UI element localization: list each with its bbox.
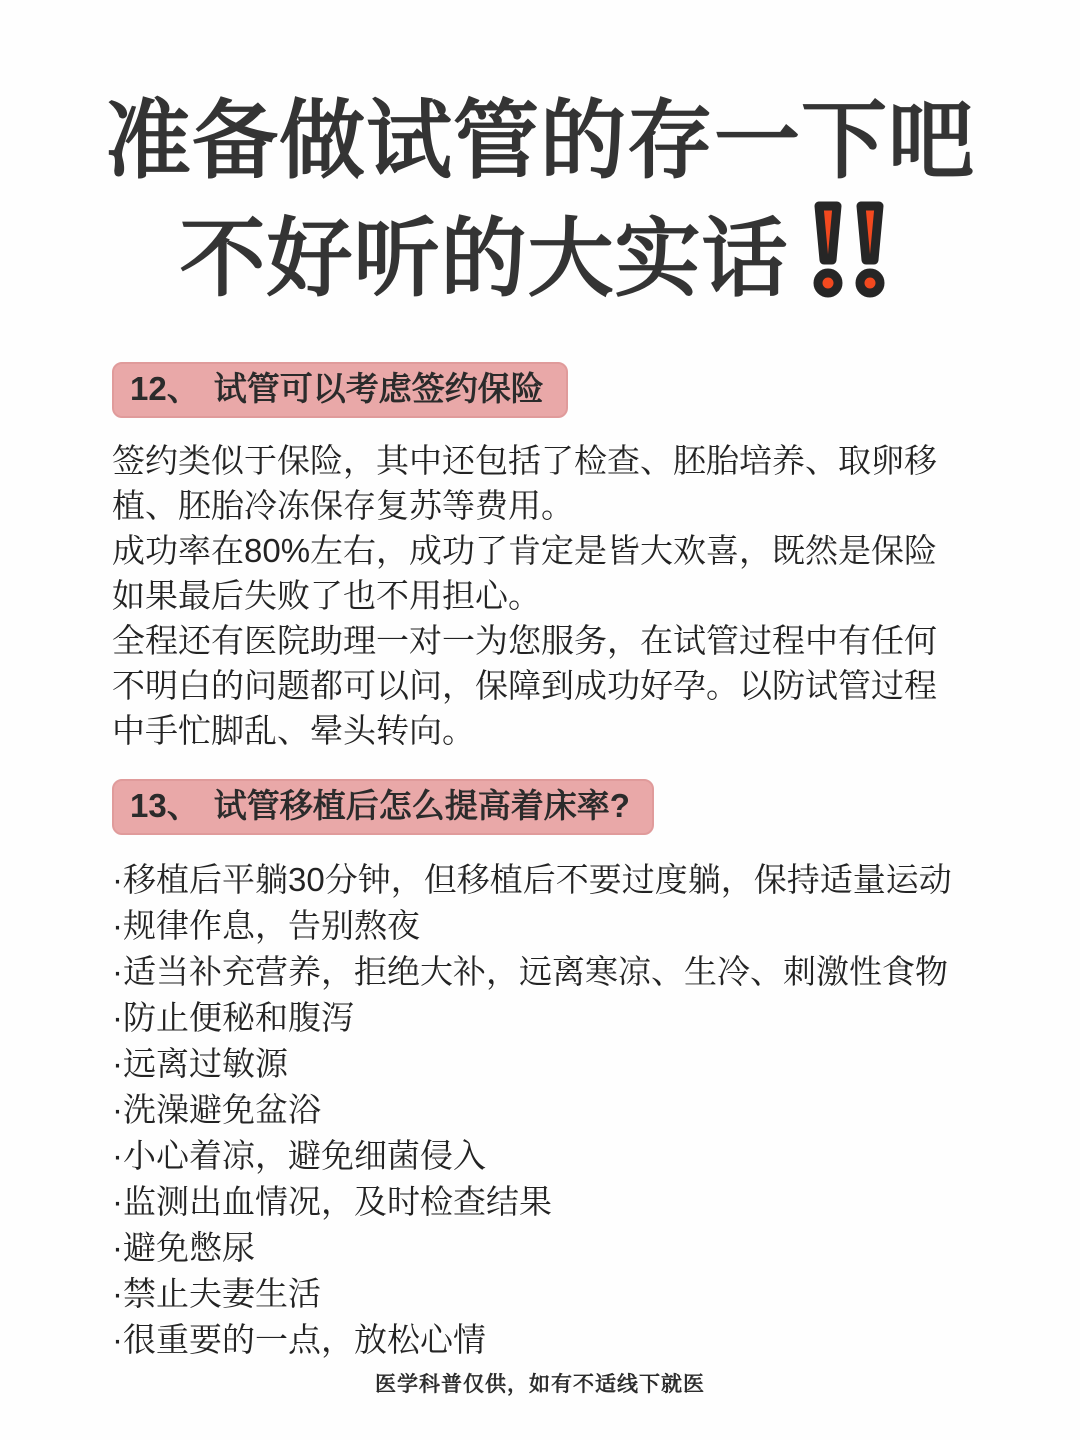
bullet-item: ·监测出血情况，及时检查结果	[112, 1179, 968, 1225]
title-line-2: 不好听的大实话	[0, 198, 1080, 316]
bullet-item: ·适当补充营养，拒绝大补，远离寒凉、生冷、刺激性食物	[112, 949, 968, 995]
section-heading-text: 试管移植后怎么提高着床率?	[214, 787, 630, 824]
bullet-item: ·规律作息，告别熬夜	[112, 903, 968, 949]
infographic-page: 准备做试管的存一下吧 不好听的大实话 12、试管可以考虑签约保险 签约类似于保险…	[0, 0, 1080, 1440]
bullet-item: ·避免憋尿	[112, 1225, 968, 1271]
paragraph: 签约类似于保险，其中还包括了检查、胚胎培养、取卵移植、胚胎冷冻保存复苏等费用。	[112, 438, 968, 528]
bullet-item: ·小心着凉，避免细菌侵入	[112, 1133, 968, 1179]
title-line-2-text: 不好听的大实话	[180, 211, 789, 307]
bullet-item: ·远离过敏源	[112, 1041, 968, 1087]
section-12-body: 签约类似于保险，其中还包括了检查、胚胎培养、取卵移植、胚胎冷冻保存复苏等费用。 …	[112, 438, 968, 753]
section-number: 13、	[130, 787, 200, 824]
title-line-1: 准备做试管的存一下吧	[0, 84, 1080, 198]
section-12-heading-pill: 12、试管可以考虑签约保险	[112, 362, 568, 418]
content: 12、试管可以考虑签约保险 签约类似于保险，其中还包括了检查、胚胎培养、取卵移植…	[0, 316, 1080, 1363]
section-13-heading-pill: 13、试管移植后怎么提高着床率?	[112, 779, 654, 835]
section-heading-text: 试管可以考虑签约保险	[214, 370, 544, 407]
section-13: 13、试管移植后怎么提高着床率? ·移植后平躺30分钟，但移植后不要过度躺，保持…	[112, 753, 968, 1363]
paragraph: 全程还有医院助理一对一为您服务，在试管过程中有任何不明白的问题都可以问，保障到成…	[112, 618, 968, 753]
bullet-item: ·禁止夫妻生活	[112, 1271, 968, 1317]
bullet-item: ·很重要的一点，放松心情	[112, 1317, 968, 1363]
page-title: 准备做试管的存一下吧 不好听的大实话	[0, 0, 1080, 316]
section-12: 12、试管可以考虑签约保险 签约类似于保险，其中还包括了检查、胚胎培养、取卵移植…	[112, 316, 968, 753]
footer-disclaimer: 医学科普仅供，如有不适线下就医	[0, 1368, 1080, 1398]
section-number: 12、	[130, 370, 200, 407]
bullet-item: ·防止便秘和腹泻	[112, 995, 968, 1041]
section-13-bullet-list: ·移植后平躺30分钟，但移植后不要过度躺，保持适量运动 ·规律作息，告别熬夜 ·…	[112, 857, 968, 1363]
double-exclamation-icon	[797, 198, 901, 302]
bullet-item: ·移植后平躺30分钟，但移植后不要过度躺，保持适量运动	[112, 857, 968, 903]
paragraph: 成功率在80%左右，成功了肯定是皆大欢喜，既然是保险如果最后失败了也不用担心。	[112, 528, 968, 618]
bullet-item: ·洗澡避免盆浴	[112, 1087, 968, 1133]
